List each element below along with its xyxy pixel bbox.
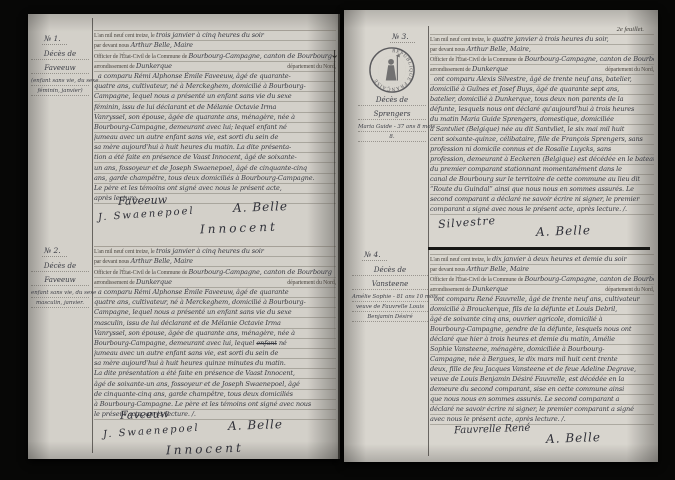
handwritten-text: domicilié à Brouckerque, fils de la défu… (430, 305, 617, 313)
handwritten-text: du premier comparant stationnant momenta… (430, 165, 622, 173)
handwritten-text: Campagne, lequel nous a présenté un enfa… (94, 92, 292, 100)
act-text-line: arrondissement de Dunkerquedépartement d… (430, 285, 654, 295)
handwritten-text: ont comparu Alexis Silvestre, âgé de tre… (430, 75, 632, 83)
handwritten-text: batelier, domicilié à Dunkerque, tous de… (430, 95, 623, 103)
act-text-line: ans, garde champêtre, tous deux domicili… (94, 174, 336, 184)
handwritten-text: âgé de soixante-un ans, fossoyeur et de … (94, 380, 300, 388)
printed-form-text: département du Nord, (287, 280, 336, 286)
signature: Silvestre (438, 214, 497, 231)
act-text-line: sa mère aujourd'hui à huit heures quinze… (94, 359, 336, 369)
handwritten-text: Vanryssel, son épouse, âgée de quarante … (94, 329, 295, 337)
margin-note-line: Amélie Sophie - 81 ans 10 mois (352, 294, 428, 302)
act-text-line: jumeau avec un autre enfant sans vie, es… (94, 133, 336, 143)
handwritten-text: domicilié à Guînes et Josef Buys, âgé de… (430, 85, 619, 93)
handwritten-text: Bourbourg-Campagne, canton de Bourbourg, (524, 55, 654, 63)
act-text-line: Campagne, lequel nous a présenté un enfa… (94, 92, 336, 102)
act-text-line: a comparu Rémi Alphonse Émile Faveeuw, â… (94, 72, 336, 82)
act-text-line: du matin Maria Guide Sprengers, domestiq… (430, 115, 654, 125)
act-text-line: arrondissement de Dunkerquedépartement d… (430, 65, 654, 75)
handwritten-text: quatre ans, cultivateur, né à Merckeghem… (94, 82, 306, 90)
act-text-line: ont comparu Alexis Silvestre, âgé de tre… (430, 75, 654, 85)
handwritten-text: sa mère aujourd'hui à huit heures du mat… (94, 143, 291, 151)
act-body: L'an mil neuf cent treize, le trois janv… (94, 30, 336, 204)
binding-crease (334, 58, 335, 358)
handwritten-text: Campagne, lequel nous a présenté un enfa… (94, 308, 292, 316)
act-text-line: déclaré ne savoir écrire ni signer, le p… (430, 405, 654, 415)
handwritten-text: Arthur Belle, Maire, (467, 45, 531, 53)
printed-form-text: Officier de l'État-Civil de la Commune d… (94, 54, 188, 60)
act-text-line: le présent acte, après lecture. /. (94, 410, 336, 420)
margin-note-line: (enfant sans vie, du sexe (31, 78, 89, 86)
printed-form-text: par devant nous (430, 47, 467, 53)
act-text-line: deux, fille de feu Jacques Vansteene et … (430, 365, 654, 375)
act-text-line: quatre ans, cultivateur, né à Merckeghem… (94, 82, 336, 92)
handwritten-text: Arthur Belle, Maire (131, 41, 193, 49)
margin-note-line: Vansteene (352, 280, 428, 290)
printed-form-text: arrondissement de (430, 287, 472, 293)
act-body: L'an mil neuf cent treize, le trois janv… (94, 246, 336, 420)
handwritten-text: Bourbourg-Campagne, demeurant avec lui; … (94, 123, 287, 131)
handwritten-text: trois janvier à cinq heures du soir (156, 247, 264, 255)
signature: Innocent (166, 441, 244, 458)
printed-form-text: Officier de l'État-Civil de la Commune d… (430, 277, 524, 283)
margin-note-line: Sprengers (358, 110, 426, 120)
handwritten-text: du matin Maria Guide Sprengers, domestiq… (430, 115, 614, 123)
handwritten-text: profession ni domicile connus et de Rosa… (430, 145, 611, 153)
act-text-line: Officier de l'État-Civil de la Commune d… (94, 267, 336, 277)
act-text-line: de cinquante-cinq ans, garde champêtre, … (94, 390, 336, 400)
printed-form-text: Officier de l'État-Civil de la Commune d… (430, 57, 524, 63)
act-text-line: profession, demeurant à Eeckeren (Belgiq… (430, 155, 654, 165)
act-text-line: du premier comparant stationnant momenta… (430, 165, 654, 175)
act-text-line: Sophie Vansteene, ménagère, domiciliée à… (430, 345, 654, 355)
act-text-line: sa mère aujourd'hui à huit heures du mat… (94, 143, 336, 153)
handwritten-text: tion a été faite en présence de Vaast In… (94, 153, 297, 161)
act-text-line: Bourbourg-Campagne, demeurant avec lui; … (94, 123, 336, 133)
margin-note-line: Décès de (31, 262, 89, 272)
act-text-line: à Bourbourg-Campagne. Le père et les tém… (94, 400, 336, 410)
handwritten-text: à Bourbourg-Campagne. Le père et les tém… (94, 400, 311, 408)
handwritten-text: comparant a signé avec nous le présent a… (430, 205, 627, 213)
act-text-line: Vanryssel, son épouse, âgée de quarante … (94, 113, 336, 123)
act-separator-bar (428, 247, 650, 250)
act-text-line: comparant a signé avec nous le présent a… (430, 205, 654, 215)
act-text-line: tion a été faite en présence de Vaast In… (94, 153, 336, 163)
handwritten-text: quatre ans, cultivateur, né à Merckeghem… (94, 298, 306, 306)
handwritten-text: déclaré ne savoir écrire ni signer, le p… (430, 405, 634, 413)
signature: J. Swaenepoel (98, 206, 195, 224)
act-text-line: L'an mil neuf cent treize, le dix janvie… (430, 255, 654, 265)
act-text-line: par devant nous Arthur Belle, Maire (94, 41, 336, 51)
handwritten-text: Vanryssel, son épouse, âgée de quarante … (94, 113, 295, 121)
printed-form-text: département du Nord, (605, 287, 654, 293)
signature: J. Swaenepoel (103, 423, 200, 441)
act-text-line: défunte, lesquels nous ont déclaré qu'au… (430, 105, 654, 115)
handwritten-text: avec nous le présent acte, après lecture… (430, 415, 566, 423)
act-text-line: canal de Bourbourg sur le territoire de … (430, 175, 654, 185)
register-left-page: № 1. Décès deFaveeuw(enfant sans vie, du… (28, 14, 340, 459)
handwritten-text: défunte, lesquels nous ont déclaré qu'au… (430, 105, 634, 113)
act-body: L'an mil neuf cent treize, le quatre jan… (430, 34, 654, 215)
handwritten-text: féminin, issu de lui déclarant et de Mél… (94, 103, 276, 111)
act-body: L'an mil neuf cent treize, le dix janvie… (430, 254, 654, 425)
handwritten-text: La dite présentation a été faite en prés… (94, 369, 295, 377)
handwritten-text: a comparu Rémi Alphonse Émile Faveeuw, â… (94, 288, 288, 296)
handwritten-text: a comparu Rémi Alphonse Émile Faveeuw, â… (94, 72, 291, 80)
act-text-line: Bourbourg-Campagne, gendre de la défunte… (430, 325, 654, 335)
act-text-line: par devant nous Arthur Belle, Maire, (430, 45, 654, 55)
act-text-line: cent soixante-quinze, célibataire, fille… (430, 135, 654, 145)
act-text-line: quatre ans, cultivateur, né à Merckeghem… (94, 298, 336, 308)
handwritten-text: second comparant a déclaré ne savoir écr… (430, 195, 639, 203)
printed-form-text: L'an mil neuf cent treize, le (94, 249, 156, 255)
act-text-line: arrondissement de Dunkerquedépartement d… (94, 62, 336, 72)
handwritten-text: profession, demeurant à Eeckeren (Belgiq… (430, 155, 654, 163)
handwritten-text: Arthur Belle, Maire (467, 265, 529, 273)
margin-note-line: féminin, janvier) (31, 88, 89, 96)
act-text-line: que nous nous en sommes assurés. Le seco… (430, 395, 654, 405)
folio-label: 2e feuillet. (617, 26, 644, 33)
margin-notes: Décès deFaveeuwenfant sans vie, du sexem… (31, 262, 89, 310)
handwritten-text: Bourbourg-Campagne, canton de Bourbourg (524, 275, 654, 283)
act-text-line: domicilié à Brouckerque, fils de la défu… (430, 305, 654, 315)
act-text-line: L'an mil neuf cent treize, le quatre jan… (430, 35, 654, 45)
republique-francaise-seal-icon: RÉPUBLIQUE FRANÇAISE (368, 46, 416, 94)
handwritten-text: déclaré que hier à trois heures et demie… (430, 335, 615, 343)
handwritten-text: né (277, 339, 287, 347)
handwritten-text: ans, garde champêtre, tous deux domicili… (94, 174, 314, 182)
margin-note-line: masculin, janvier. (31, 300, 89, 308)
handwritten-text: deux, fille de feu Jacques Vansteene et … (430, 365, 636, 373)
handwritten-text: que nous nous en sommes assurés. Le seco… (430, 395, 619, 403)
printed-form-text: département du Nord, (605, 67, 654, 73)
handwritten-text: dix janvier à deux heures et demie du so… (492, 255, 627, 263)
handwritten-text: Le père et les témoins ont signé avec no… (94, 184, 282, 192)
signature: Innocent (200, 220, 278, 237)
handwritten-text: Dunkerque (136, 278, 172, 286)
handwritten-text: le présent acte, après lecture. /. (94, 410, 196, 418)
act-text-line: batelier, domicilié à Dunkerque, tous de… (430, 95, 654, 105)
handwritten-text: à Santvliet (Belgique) née au dit Santvl… (430, 125, 624, 133)
act-text-line: masculin, issu de lui déclarant et de Mé… (94, 318, 336, 328)
act-text-line: âgé de soixante-un ans, fossoyeur et de … (94, 379, 336, 389)
act-text-line: féminin, issu de lui déclarant et de Mél… (94, 102, 336, 112)
act-text-line: jumeau avec un autre enfant sans vie, es… (94, 349, 336, 359)
act-text-line: L'an mil neuf cent treize, le trois janv… (94, 31, 336, 41)
act-text-line: Vanryssel, son épouse, âgée de quarante … (94, 329, 336, 339)
act-number: № 3. (390, 32, 415, 43)
act-text-line: après lecture. (94, 194, 336, 204)
act-text-line: déclaré que hier à trois heures et demie… (430, 335, 654, 345)
act-text-line: Bourbourg-Campagne, demeurant avec lui, … (94, 339, 336, 349)
printed-form-text: L'an mil neuf cent treize, le (94, 33, 156, 39)
act-text-line: par devant nous Arthur Belle, Maire (430, 265, 654, 275)
handwritten-text: ont comparu René Fauvrelle, âgé de trent… (430, 295, 640, 303)
handwritten-text: masculin, issu de lui déclarant et de Mé… (94, 319, 281, 327)
printed-form-text: L'an mil neuf cent treize, le (430, 37, 492, 43)
act-text-line: Officier de l'État-Civil de la Commune d… (430, 275, 654, 285)
margin-note-line: Faveeuw (31, 276, 89, 286)
margin-note-line: Décès de (31, 50, 89, 60)
printed-form-text: Officier de l'État-Civil de la Commune d… (94, 270, 188, 276)
act-text-line: second comparant a déclaré ne savoir écr… (430, 195, 654, 205)
handwritten-text: Arthur Belle, Maire (131, 257, 193, 265)
printed-form-text: L'an mil neuf cent treize, le (430, 257, 492, 263)
handwritten-text: quatre janvier à trois heures du soir, (492, 35, 609, 43)
margin-notes: Décès deVansteeneAmélie Sophie - 81 ans … (352, 266, 428, 324)
act-text-line: L'an mil neuf cent treize, le trois janv… (94, 247, 336, 257)
printed-form-text: par devant nous (94, 43, 131, 49)
handwritten-text: sa mère aujourd'hui à huit heures quinze… (94, 359, 286, 367)
margin-notes: Décès deFaveeuw(enfant sans vie, du sexe… (31, 50, 89, 98)
act-number: № 1. (42, 34, 67, 45)
printed-form-text: département du Nord, (287, 64, 336, 70)
margin-note-line: 8. (358, 134, 426, 142)
handwritten-text: canal de Bourbourg sur le territoire de … (430, 175, 640, 183)
act-number: № 2. (42, 246, 67, 257)
act-text-line: Le père et les témoins ont signé avec no… (94, 184, 336, 194)
signature: A. Belle (546, 430, 601, 446)
printed-form-text: arrondissement de (430, 67, 472, 73)
handwritten-text: jumeau avec un autre enfant sans vie, es… (94, 133, 278, 141)
handwritten-text: jumeau avec un autre enfant sans vie, es… (94, 349, 278, 357)
act-text-line: profession ni domicile connus et de Rosa… (430, 145, 654, 155)
act-text-line: demeure du second comparant, sise en cet… (430, 385, 654, 395)
margin-note-line: Maria Guide - 37 ans 8 mois (358, 124, 426, 132)
handwritten-text: Dunkerque (472, 65, 508, 73)
act-text-line: Officier de l'État-Civil de la Commune d… (94, 51, 336, 61)
handwritten-text: Bourbourg-Campagne, demeurant avec lui, … (94, 339, 256, 347)
handwritten-text: Bourbourg-Campagne, canton de Bourbourg (188, 52, 331, 60)
handwritten-text: trois janvier à cinq heures du soir (156, 31, 264, 39)
margin-note-line: Benjamin Désiré (352, 314, 428, 322)
handwritten-text: demeure du second comparant, sise en cet… (430, 385, 624, 393)
printed-form-text: par devant nous (94, 259, 131, 265)
act-text-line: veuve de Louis Benjamin Désiré Fauvrelle… (430, 375, 654, 385)
act-text-line: arrondissement de Dunkerquedépartement d… (94, 278, 336, 288)
handwritten-text: Dunkerque (136, 62, 172, 70)
margin-note-line: Décès de (358, 96, 426, 106)
handwritten-text: Bourbourg-Campagne, gendre de la défunte… (430, 325, 631, 333)
act-text-line: avec nous le présent acte, après lecture… (430, 415, 654, 425)
register-right-page: 2e feuillet. RÉPUBLIQUE FRANÇAISE № 3. D… (344, 10, 658, 462)
register-scan: № 1. Décès deFaveeuw(enfant sans vie, du… (0, 0, 675, 480)
margin-notes: Décès deSprengersMaria Guide - 37 ans 8 … (358, 96, 426, 144)
act-text-line: La dite présentation a été faite en prés… (94, 369, 336, 379)
act-text-line: a comparu Rémi Alphonse Émile Faveeuw, â… (94, 288, 336, 298)
handwritten-text: Dunkerque (472, 285, 508, 293)
margin-note-line: Décès de (352, 266, 428, 276)
handwritten-text: veuve de Louis Benjamin Désiré Fauvrelle… (430, 375, 624, 383)
handwritten-text: Bourbourg-Campagne, canton de Bourbourg (188, 268, 331, 276)
handwritten-text: Campagne, née à Bergues, le dix mars mil… (430, 355, 617, 363)
margin-note-line: Faveeuw (31, 64, 89, 74)
handwritten-text: un ans, fossoyeur et de Joseph Swaenepoe… (94, 164, 307, 172)
handwritten-text: “Route du Guindal” ainsi que nous nous e… (430, 185, 634, 193)
act-text-line: Campagne, née à Bergues, le dix mars mil… (430, 355, 654, 365)
signature: A. Belle (536, 223, 591, 239)
act-text-line: Campagne, lequel nous a présenté un enfa… (94, 308, 336, 318)
margin-note-line: veuve de Fauvrelle Louis (352, 304, 428, 312)
margin-rule (428, 26, 429, 456)
handwritten-text: Sophie Vansteene, ménagère, domiciliée à… (430, 345, 604, 353)
printed-form-text: par devant nous (430, 267, 467, 273)
handwritten-text: cent soixante-quinze, célibataire, fille… (430, 135, 643, 143)
marianne-figure-icon (386, 54, 400, 81)
handwritten-text: âgé de soixante cinq ans, ouvrier agrico… (430, 315, 602, 323)
act-text-line: par devant nous Arthur Belle, Maire (94, 257, 336, 267)
handwritten-text: de cinquante-cinq ans, garde champêtre, … (94, 390, 293, 398)
printed-form-text: arrondissement de (94, 64, 136, 70)
act-text-line: Officier de l'État-Civil de la Commune d… (430, 55, 654, 65)
act-text-line: âgé de soixante cinq ans, ouvrier agrico… (430, 315, 654, 325)
act-text-line: “Route du Guindal” ainsi que nous nous e… (430, 185, 654, 195)
act-text-line: domicilié à Guînes et Josef Buys, âgé de… (430, 85, 654, 95)
handwritten-text: après lecture. (94, 194, 138, 202)
handwritten-text: enfant (256, 339, 277, 347)
margin-note-line: enfant sans vie, du sexe (31, 290, 89, 298)
act-text-line: un ans, fossoyeur et de Joseph Swaenepoe… (94, 163, 336, 173)
printed-form-text: arrondissement de (94, 280, 136, 286)
act-text-line: ont comparu René Fauvrelle, âgé de trent… (430, 295, 654, 305)
act-text-line: à Santvliet (Belgique) née au dit Santvl… (430, 125, 654, 135)
act-number: № 4. (362, 250, 387, 261)
